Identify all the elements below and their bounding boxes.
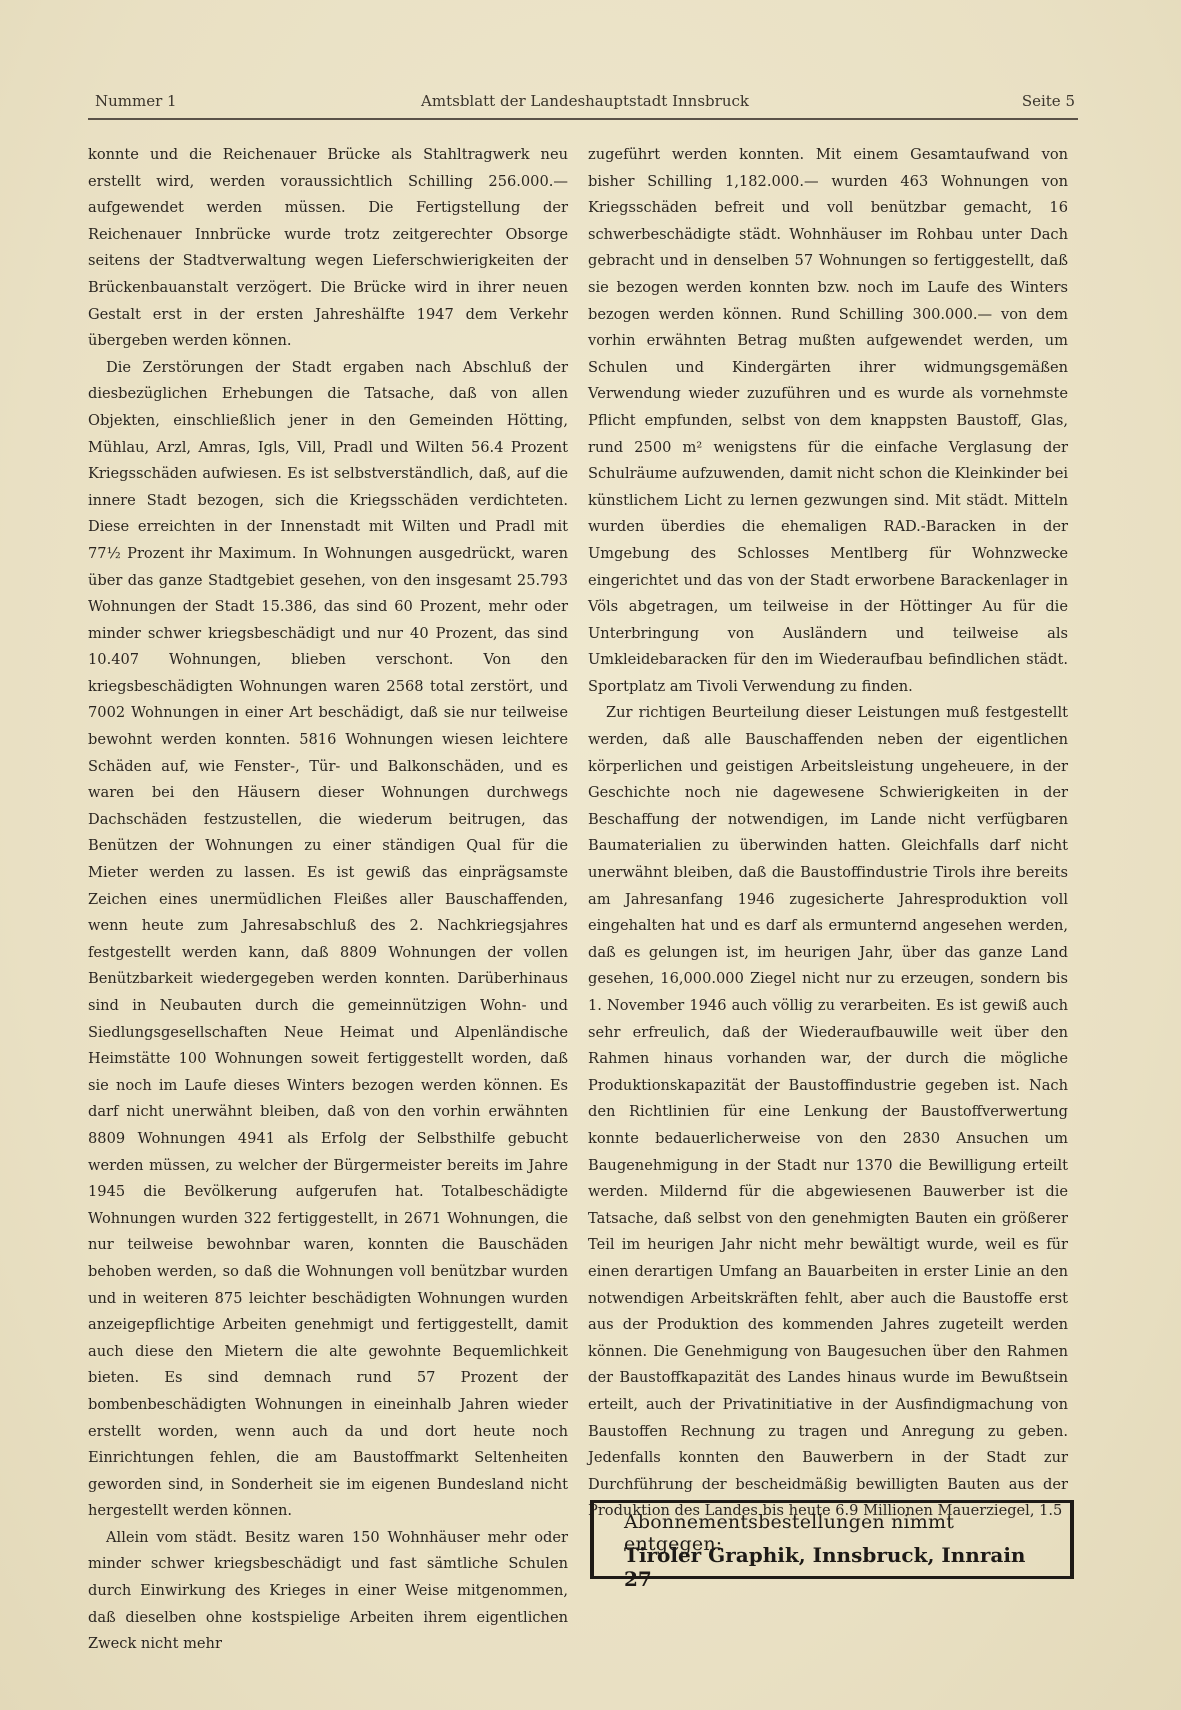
advertisement-line-2: Tiroler Graphik, Innsbruck, Innrain 27: [624, 1543, 1054, 1591]
running-head: Nummer 1 Amtsblatt der Landeshauptstadt …: [95, 92, 1075, 116]
header-rule: [88, 118, 1078, 120]
paragraph: zugeführt werden konnten. Mit einem Gesa…: [588, 142, 1068, 700]
page-number: Seite 5: [1022, 92, 1075, 110]
newspaper-page: Nummer 1 Amtsblatt der Landeshauptstadt …: [0, 0, 1181, 1710]
column-left: konnte und die Reichenauer Brücke als St…: [88, 142, 568, 1658]
paragraph: Die Zerstörungen der Stadt ergaben nach …: [88, 355, 568, 1525]
paragraph: konnte und die Reichenauer Brücke als St…: [88, 142, 568, 355]
advertisement-box: Abonnementsbestellungen nimmt entgegen: …: [590, 1503, 1074, 1579]
publication-title: Amtsblatt der Landeshauptstadt Innsbruck: [95, 92, 1075, 110]
column-right: zugeführt werden konnten. Mit einem Gesa…: [588, 142, 1068, 1525]
paragraph: Allein vom städt. Besitz waren 150 Wohnh…: [88, 1525, 568, 1658]
paragraph: Zur richtigen Beurteilung dieser Leistun…: [588, 700, 1068, 1524]
